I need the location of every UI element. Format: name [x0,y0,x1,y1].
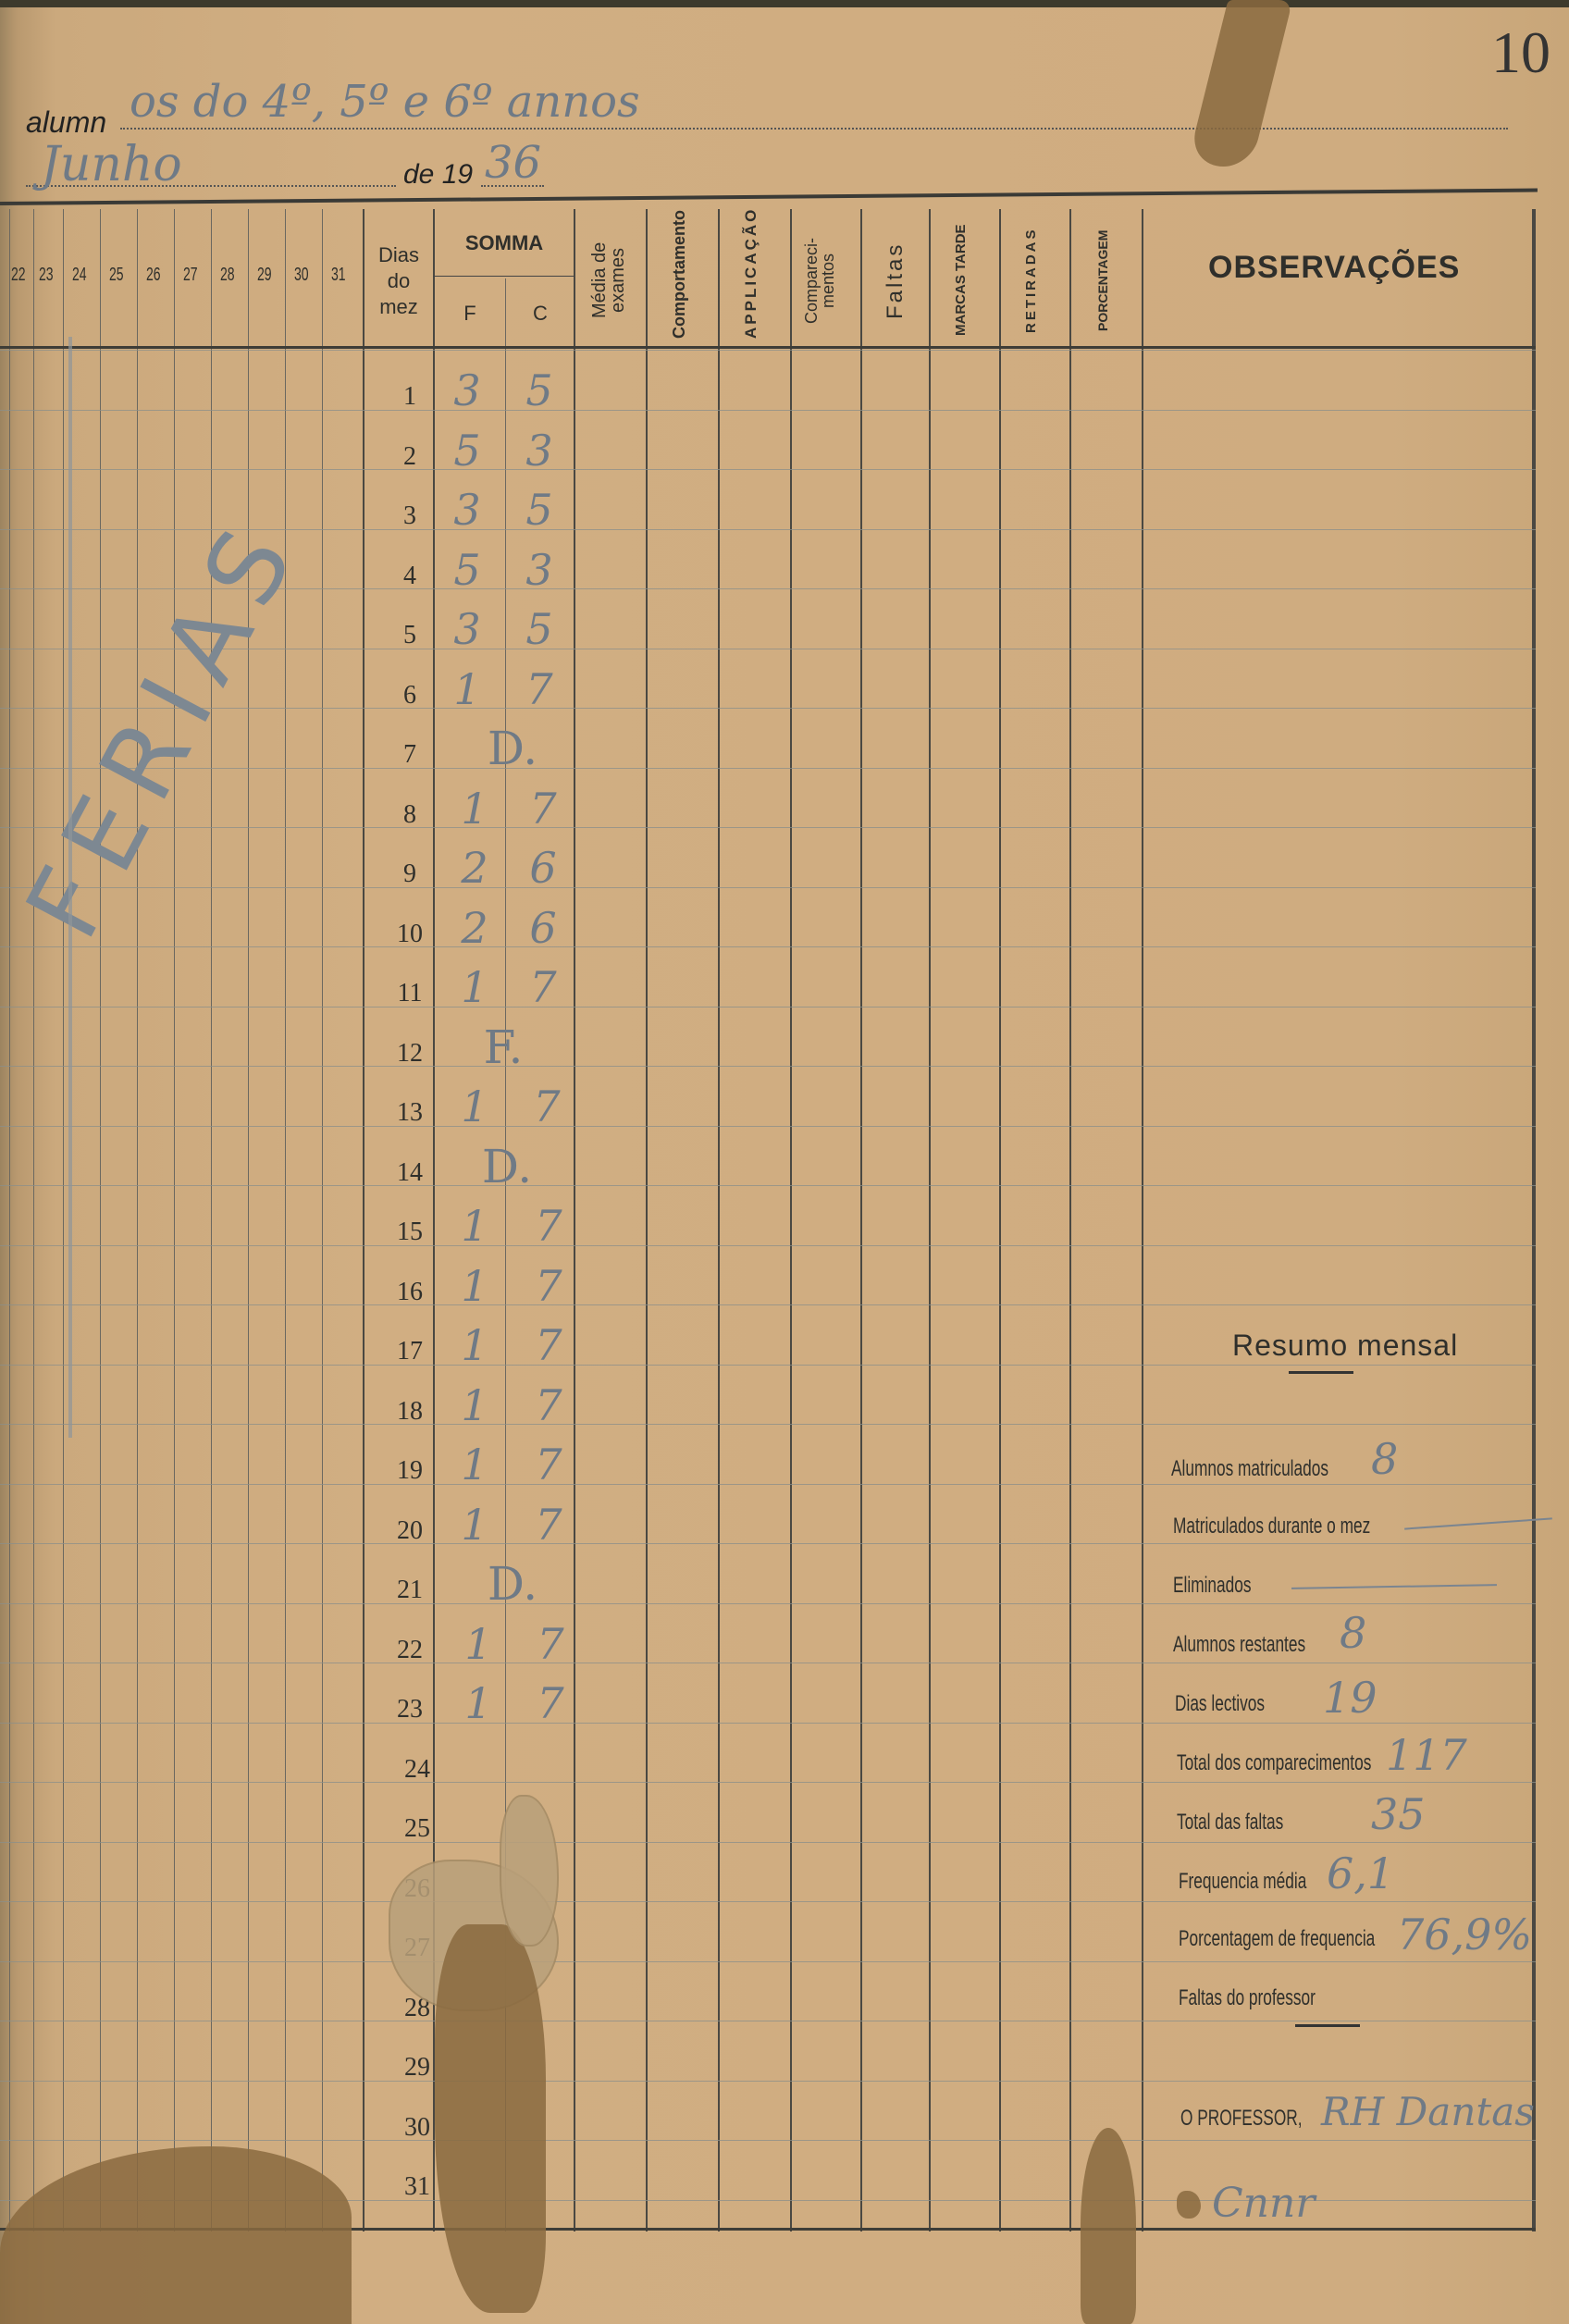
row-separator [0,1424,1536,1425]
col-header-25: 25 [109,265,124,286]
resumo-value-matriculados: 8 [1371,1434,1398,1484]
col-header-27: 27 [183,265,198,286]
resumo-value-porcentagem: 76,9% [1397,1910,1532,1959]
row-separator [0,1007,1536,1007]
somma-c-value: 6 [511,903,575,953]
col-header-23: 23 [39,265,54,286]
row-separator [0,350,1536,351]
paper-damage [435,1924,546,2313]
somma-f-value: 1 [442,1261,507,1311]
alumn-label: alumn [26,105,106,140]
paper-damage [1081,2128,1136,2324]
professor-signature: RH Dantas [1321,2089,1535,2134]
row-separator [0,1304,1536,1305]
row-separator [0,1842,1536,1843]
somma-f-value: 5 [435,426,500,476]
somma-f-value: 1 [435,664,500,714]
row-separator [0,1782,1536,1783]
day-number: 6 [377,681,442,711]
day-number: 17 [377,1337,442,1366]
day-number: 15 [377,1218,442,1247]
somma-f-value: 3 [435,485,500,535]
somma-c-value: 7 [507,664,572,714]
row-separator [0,1484,1536,1485]
somma-f-value: 1 [442,1500,507,1550]
page-number: 10 [1491,19,1550,87]
faltas-professor-underline [1295,2024,1360,2027]
somma-f-value: 2 [442,903,507,953]
resumo-label-eliminados: Eliminados [1173,1573,1252,1599]
day-number: 4 [377,562,442,591]
somma-c-value: 3 [507,426,572,476]
book-binding [0,0,1569,7]
resumo-label-faltas-professor: Faltas do professor [1179,1985,1316,2011]
row-separator [0,1663,1536,1663]
somma-c-value: 7 [516,1201,581,1251]
resumo-label-faltas: Total das faltas [1177,1810,1283,1836]
alumn-dotted-line [120,128,1508,130]
somma-c-header: C [507,302,574,326]
resumo-value-frequencia-media: 6,1 [1327,1848,1394,1898]
day-number: 18 [377,1397,442,1427]
col-header-applicacao: APPLICAÇÃO [742,222,760,339]
row-separator [0,1126,1536,1127]
paper-tear-top [1187,0,1293,167]
row-separator [0,768,1536,769]
header-word: mez [364,294,433,320]
day-number: 23 [377,1695,442,1724]
row-separator [0,1723,1536,1724]
alumn-handwritten: os do 4º, 5º e 6º annos [130,76,640,128]
register-page: 10 alumn os do 4º, 5º e 6º annos Junho d… [0,0,1569,2324]
row-separator [0,1603,1536,1604]
day-number: 1 [377,382,442,412]
resumo-value-restantes: 8 [1340,1608,1366,1658]
somma-f-value: 1 [446,1619,511,1669]
resumo-value-comparecimentos: 117 [1386,1730,1467,1780]
col-header-porcentagem: PORCENTAGEM [1095,222,1110,339]
resumo-label-matriculados: Alumnos matriculados [1171,1456,1328,1482]
col-header-24: 24 [72,265,87,286]
somma-mark: D. [448,722,577,775]
pencil-vertical-stroke [68,337,72,1438]
day-number: 19 [377,1456,442,1486]
day-number: 10 [377,920,442,949]
day-number: 16 [377,1278,442,1307]
row-separator [0,827,1536,828]
day-number: 5 [377,621,442,650]
col-header-26: 26 [146,265,161,286]
month-handwritten: Junho [41,137,182,192]
somma-mark: F. [439,1020,568,1074]
row-separator [0,1066,1536,1067]
day-number: 3 [377,501,442,531]
somma-c-value: 3 [507,545,572,595]
somma-f-value: 3 [435,365,500,415]
col-header-28: 28 [220,265,235,286]
day-number: 13 [377,1098,442,1128]
row-separator [0,887,1536,888]
resumo-mensal-title: Resumo mensal [1232,1329,1458,1363]
resumo-value-faltas: 35 [1371,1789,1426,1839]
day-number: 14 [377,1158,442,1188]
row-separator [0,1901,1536,1902]
dias-do-mez-header: Dias do mez [364,242,433,320]
somma-c-value: 5 [507,365,572,415]
resumo-label-restantes: Alumnos restantes [1173,1632,1305,1658]
col-header-29: 29 [257,265,272,286]
observacoes-header: OBSERVAÇÕES [1208,250,1460,286]
col-header-comportamento: Comportamento [670,222,689,339]
somma-header: SOMMA [435,231,574,255]
somma-c-value: 6 [511,843,575,893]
row-separator [0,469,1536,470]
resumo-label-dias-lectivos: Dias lectivos [1175,1691,1265,1717]
resumo-label-porcentagem: Porcentagem de frequencia [1179,1926,1375,1952]
day-number: 7 [377,740,442,770]
table-top-border [0,188,1538,205]
somma-c-value: 5 [507,485,572,535]
day-number: 25 [385,1814,450,1844]
year-handwritten: 36 [485,137,541,189]
row-separator [0,410,1536,411]
col-header-marcas-tarde: MARCAS TARDE [953,222,969,339]
resumo-label-frequencia-media: Frequencia média [1179,1869,1306,1895]
somma-f-value: 1 [442,784,507,834]
somma-f-value: 1 [442,1440,507,1490]
row-separator [0,1543,1536,1544]
somma-f-value: 1 [442,1320,507,1370]
header-word: do [364,268,433,294]
day-number: 8 [377,800,442,830]
col-header-30: 30 [294,265,309,286]
row-separator [0,1185,1536,1186]
row-separator [0,1961,1536,1962]
somma-c-value: 7 [518,1678,583,1728]
somma-c-value: 7 [518,1619,583,1669]
day-number: 20 [377,1516,442,1546]
resumo-value-dias-lectivos: 19 [1323,1673,1378,1723]
header-word: Dias [364,242,433,268]
somma-c-value: 5 [507,604,572,654]
row-separator [0,1365,1536,1366]
col-header-22: 22 [11,265,26,286]
somma-f-value: 1 [442,962,507,1012]
somma-f-value: 5 [435,545,500,595]
somma-c-value: 7 [516,1380,581,1430]
day-number: 22 [377,1636,442,1665]
col-header-31: 31 [331,265,346,286]
somma-mark: D. [448,1557,577,1611]
row-separator [0,2081,1536,2082]
somma-c-value: 7 [511,962,575,1012]
day-number: 11 [377,979,442,1008]
resumo-label-comparecimentos: Total dos comparecimentos [1177,1750,1371,1776]
somma-c-value: 7 [511,784,575,834]
col-header-comparecimentos: Compareci- mentos [803,222,844,339]
somma-f-value: 3 [435,604,500,654]
second-signature: Cnnr [1212,2180,1315,2227]
somma-f-value: 1 [442,1201,507,1251]
somma-c-value: 7 [516,1261,581,1311]
day-number: 12 [377,1039,442,1069]
year-label: de 19 [403,159,473,191]
professor-label: O PROFESSOR, [1180,2106,1303,2132]
day-number: 21 [377,1576,442,1605]
somma-f-value: 1 [442,1380,507,1430]
day-number: 9 [377,859,442,889]
col-header-retiradas: RETIRADAS [1023,222,1039,339]
somma-f-header: F [435,302,505,326]
somma-f-value: 2 [442,843,507,893]
col-header-faltas: Faltas [883,222,908,339]
somma-c-value: 7 [516,1440,581,1490]
somma-c-value: 7 [516,1320,581,1370]
somma-mark: D. [442,1140,572,1193]
somma-f-value: 1 [446,1678,511,1728]
somma-c-value: 7 [514,1082,579,1131]
row-separator [0,2021,1536,2021]
paper-damage [1177,2191,1201,2219]
somma-c-value: 7 [516,1500,581,1550]
day-number: 2 [377,442,442,472]
resumo-underline [1289,1371,1353,1374]
somma-f-value: 1 [442,1082,507,1131]
row-separator [0,946,1536,947]
row-separator [0,1245,1536,1246]
col-header-media-exames: Média de exames [590,222,631,339]
day-number: 24 [385,1755,450,1785]
row-separator [0,2140,1536,2141]
resumo-label-matriculados-mez: Matriculados durante o mez [1173,1514,1370,1539]
